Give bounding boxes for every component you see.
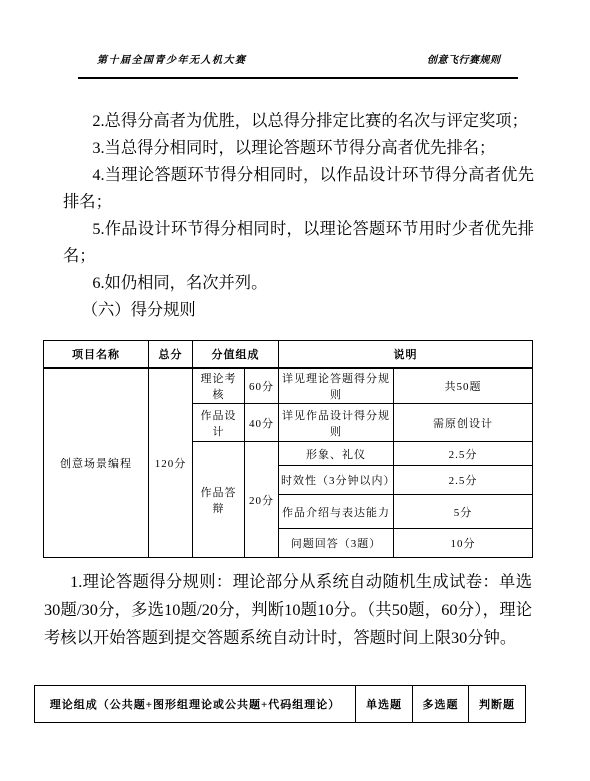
cell-theory-composition: 理论组成（公共题+图形组理论或公共题+代码组理论）	[35, 686, 356, 723]
cell-note-presentation: 5分	[394, 495, 533, 529]
page-header-left: 第十届全国青少年无人机大赛	[97, 51, 247, 66]
cell-desc-appearance: 形象、礼仪	[279, 442, 394, 466]
rule-item-5: 5.作品设计环节得分相同时，以理论答题环节用时少者优先排名；	[63, 215, 534, 269]
cell-desc-presentation: 作品介绍与表达能力	[279, 495, 394, 529]
cell-note-timeliness: 2.5分	[394, 466, 533, 495]
column-header-project-name: 项目名称	[44, 341, 149, 368]
section-heading-scoring-rules: （六）得分规则	[63, 296, 534, 323]
theory-scoring-paragraph: 1.理论答题得分规则：理论部分从系统自动随机生成试卷：单选30题/30分，多选1…	[44, 568, 532, 652]
cell-desc-design: 详见作品设计得分规则	[279, 404, 394, 442]
page-header-right: 创意飞行赛规则	[427, 51, 501, 66]
cell-part-design: 作品设计	[193, 404, 245, 442]
rule-item-6: 6.如仍相同，名次并列。	[63, 269, 534, 296]
table-header-row: 项目名称 总分 分值组成 说明	[44, 341, 533, 368]
column-header-total-score: 总分	[149, 341, 193, 368]
cell-part-theory: 理论考核	[193, 368, 245, 404]
cell-project-name: 创意场景编程	[44, 368, 149, 558]
cell-desc-theory: 详见理论答题得分规则	[279, 368, 394, 404]
cell-note-theory: 共50题	[394, 368, 533, 404]
cell-total-score: 120分	[149, 368, 193, 558]
cell-type-true-false: 判断题	[469, 686, 526, 723]
table-row: 理论组成（公共题+图形组理论或公共题+代码组理论） 单选题 多选题 判断题	[35, 686, 526, 723]
rule-item-4: 4.当理论答题环节得分相同时，以作品设计环节得分高者优先排名；	[63, 161, 534, 215]
cell-desc-qa: 问题回答（3题）	[279, 529, 394, 558]
header-divider	[78, 77, 518, 79]
theory-scoring-text: 1.理论答题得分规则：理论部分从系统自动随机生成试卷：单选30题/30分，多选1…	[44, 568, 532, 652]
rule-item-2: 2.总得分高者为优胜，以总得分排定比赛的名次与评定奖项；	[63, 107, 534, 134]
rule-item-3: 3.当总得分相同时，以理论答题环节得分高者优先排名；	[63, 134, 534, 161]
cell-desc-timeliness: 时效性（3分钟以内）	[279, 466, 394, 495]
cell-note-appearance: 2.5分	[394, 442, 533, 466]
cell-type-single-choice: 单选题	[356, 686, 413, 723]
theory-composition-table: 理论组成（公共题+图形组理论或公共题+代码组理论） 单选题 多选题 判断题	[34, 685, 526, 723]
document-page: 第十届全国青少年无人机大赛 创意飞行赛规则 2.总得分高者为优胜，以总得分排定比…	[0, 0, 590, 781]
cell-part-defense: 作品答辩	[193, 442, 245, 558]
ranking-rules-list: 2.总得分高者为优胜，以总得分排定比赛的名次与评定奖项； 3.当总得分相同时，以…	[63, 107, 534, 323]
cell-score-design: 40分	[245, 404, 279, 442]
cell-score-defense: 20分	[245, 442, 279, 558]
score-breakdown-table: 项目名称 总分 分值组成 说明 创意场景编程 120分 理论考核 60分 详见理…	[43, 340, 533, 558]
cell-type-multi-choice: 多选题	[413, 686, 469, 723]
table-row: 创意场景编程 120分 理论考核 60分 详见理论答题得分规则 共50题	[44, 368, 533, 404]
cell-note-qa: 10分	[394, 529, 533, 558]
cell-note-design: 需原创设计	[394, 404, 533, 442]
column-header-score-composition: 分值组成	[193, 341, 279, 368]
column-header-description: 说明	[279, 341, 533, 368]
cell-score-theory: 60分	[245, 368, 279, 404]
